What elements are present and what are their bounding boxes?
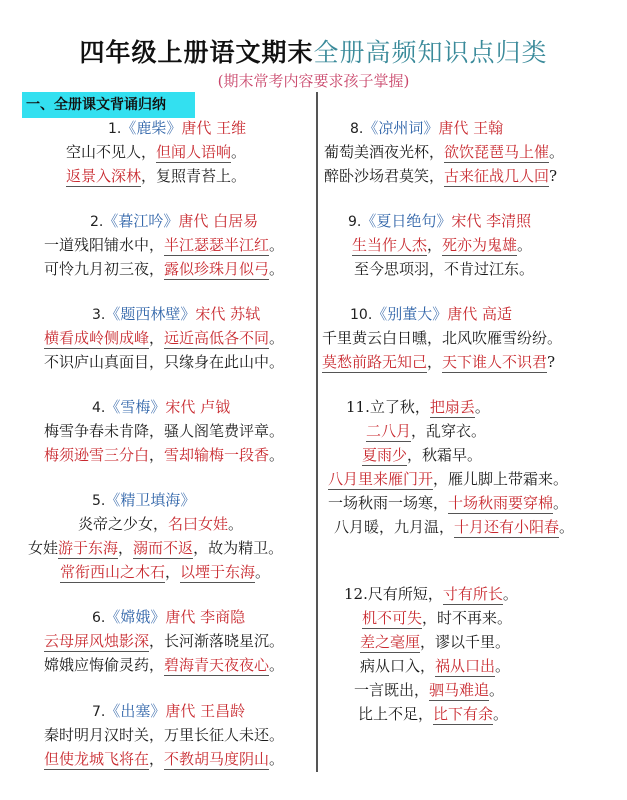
key-phrase-underlined: 溺而不返 [133, 539, 193, 559]
poem-title: 《嫦娥》 [105, 608, 165, 626]
poem-line: 差之毫厘，谬以千里。 [360, 632, 510, 652]
key-phrase-underlined: 半江瑟瑟半江红 [164, 236, 269, 256]
text: 。 [228, 515, 243, 533]
poem-line: 横看成岭侧成峰，远近高低各不同。 [44, 328, 284, 348]
poem-number: 10. [350, 307, 372, 323]
text: 病从口入， [360, 657, 435, 675]
text: 。 [549, 143, 564, 161]
poem-line: 不识庐山真面目，只缘身在此山中。 [44, 352, 284, 372]
text: ? [549, 167, 557, 185]
key-phrase-underlined: 碧海青天夜夜心 [164, 656, 269, 676]
poem-title: 《凉州词》 [363, 119, 438, 137]
poem-number: 4. [92, 400, 105, 416]
text: ，谬以千里。 [420, 633, 510, 651]
poem-line: 一言既出，驷马难追。 [354, 680, 504, 700]
poem-number: 3. [92, 307, 105, 323]
key-phrase-underlined: 远近高低各不同 [164, 329, 269, 349]
poem-line: 莫愁前路无知己，天下谁人不识君? [322, 352, 555, 372]
text: 。 [495, 657, 510, 675]
text: ，秋霜早。 [407, 446, 482, 464]
key-phrase-underlined: 古来征战几人回 [444, 167, 549, 187]
poem-author: 唐代 高适 [447, 305, 512, 323]
text: ，时不再来。 [422, 609, 512, 627]
poem-title: 《暮江吟》 [103, 212, 178, 230]
poem-author: 唐代 王维 [181, 119, 246, 137]
poem-heading: 10.《别董大》唐代 高适 [350, 304, 512, 325]
key-phrase-underlined: 驷马难追 [429, 681, 489, 701]
text: 。 [269, 260, 284, 278]
text: ， [149, 750, 164, 768]
poem-line: 千里黄云白日曛，北风吹雁雪纷纷。 [322, 328, 562, 348]
poem-line: 生当作人杰，死亦为鬼雄。 [352, 235, 532, 255]
text: 一言既出， [354, 681, 429, 699]
poem-line: 一场秋雨一场寒，十场秋雨要穿棉。 [328, 493, 568, 513]
text: 。 [255, 563, 270, 581]
text: 。 [493, 705, 508, 723]
text: 醉卧沙场君莫笑， [324, 167, 444, 185]
poem-line: 女娃游于东海，溺而不返，故为精卫。 [28, 538, 283, 558]
key-phrase-underlined: 把扇丢 [430, 398, 475, 418]
poem-number: 7. [92, 704, 105, 720]
poem-number: 2. [90, 214, 103, 230]
text: 。 [269, 656, 284, 674]
key-phrase-underlined: 八月里来雁门开 [328, 470, 433, 490]
text: 梅雪争春未肯降，骚人阁笔费评章。 [44, 422, 284, 440]
poem-line: 11.立了秋，把扇丢。 [346, 397, 490, 417]
poem-heading: 9.《夏日绝句》宋代 李清照 [348, 211, 531, 232]
poem-title: 《精卫填海》 [105, 491, 195, 509]
text: 炎帝之少女， [78, 515, 168, 533]
poem-author: 宋代 苏轼 [195, 305, 260, 323]
text: 。 [517, 236, 532, 254]
text: 。 [553, 494, 568, 512]
poem-line: 云母屏风烛影深，长河渐落晓星沉。 [44, 631, 284, 651]
text: 。 [475, 398, 490, 416]
key-phrase-underlined: 天下谁人不识君 [442, 353, 547, 373]
poem-title: 《题西林壁》 [105, 305, 195, 323]
text: 秦时明月汉时关，万里长征人未还。 [44, 726, 284, 744]
poem-line: 可怜九月初三夜，露似珍珠月似弓。 [44, 259, 284, 279]
text: 嫦娥应悔偷灵药， [44, 656, 164, 674]
poem-heading: 7.《出塞》唐代 王昌龄 [92, 701, 245, 722]
key-phrase: 梅须逊雪三分白 [44, 446, 149, 464]
subtitle: (期末常考内容要求孩子掌握) [0, 70, 627, 91]
text: ， [165, 563, 180, 581]
poem-line: 八月里来雁门开，雁儿脚上带霜来。 [328, 469, 568, 489]
poem-author: 唐代 李商隐 [165, 608, 245, 626]
text: 。 [269, 329, 284, 347]
poem-line: 醉卧沙场君莫笑，古来征战几人回? [324, 166, 557, 186]
poem-title: 《雪梅》 [105, 398, 165, 416]
title-teal: 全册高频知识点归类 [314, 38, 548, 67]
poem-line: 返景入深林，复照青苔上。 [66, 166, 246, 186]
poem-heading: 8.《凉州词》唐代 王翰 [350, 118, 503, 139]
key-phrase-underlined: 差之毫厘 [360, 633, 420, 653]
poem-line: 比上不足，比下有余。 [358, 704, 508, 724]
text: ， [118, 539, 133, 557]
text: ，雁儿脚上带霜来。 [433, 470, 568, 488]
poem-line: 八月暖，九月温，十月还有小阳春。 [334, 517, 574, 537]
text: ，长河渐落晓星沉。 [149, 632, 284, 650]
text: 八月暖，九月温， [334, 518, 454, 536]
poem-line: 葡萄美酒夜光杯，欲饮琵琶马上催。 [324, 142, 564, 162]
poem-line: 空山不见人，但闻人语响。 [66, 142, 246, 162]
text: 。 [559, 518, 574, 536]
poem-author: 唐代 白居易 [178, 212, 258, 230]
poem-line: 秦时明月汉时关，万里长征人未还。 [44, 725, 284, 745]
key-phrase-underlined: 莫愁前路无知己 [322, 353, 427, 373]
poem-title: 《夏日绝句》 [361, 212, 451, 230]
key-phrase-underlined: 但使龙城飞将在 [44, 750, 149, 770]
poem-line: 但使龙城飞将在，不教胡马度阴山。 [44, 749, 284, 769]
poem-line: 梅须逊雪三分白，雪却输梅一段香。 [44, 445, 284, 465]
poem-line: 12.尺有所短，寸有所长。 [344, 584, 518, 604]
text: ， [149, 329, 164, 347]
key-phrase-underlined: 生当作人杰 [352, 236, 427, 256]
poem-title: 《别董大》 [372, 305, 447, 323]
poem-heading: 3.《题西林壁》宋代 苏轼 [92, 304, 260, 325]
text: ，乱穿衣。 [411, 422, 486, 440]
title-black: 四年级上册语文期末 [79, 38, 313, 67]
poem-author: 宋代 卢钺 [165, 398, 230, 416]
poem-heading: 5.《精卫填海》 [92, 490, 195, 511]
poem-line: 二八月，乱穿衣。 [366, 421, 486, 441]
text: ，复照青苔上。 [141, 167, 246, 185]
key-phrase-underlined: 露似珍珠月似弓 [164, 260, 269, 280]
poem-number: 6. [92, 610, 105, 626]
poem-number: 8. [350, 121, 363, 137]
text: ，故为精卫。 [193, 539, 283, 557]
text: 千里黄云白日曛，北风吹雁雪纷纷。 [322, 329, 562, 347]
key-phrase-underlined: 寸有所长 [443, 585, 503, 605]
key-phrase-underlined: 十月还有小阳春 [454, 518, 559, 538]
poem-line: 常衔西山之木石，以堙于东海。 [60, 562, 270, 582]
text: 。 [489, 681, 504, 699]
text: 。 [269, 446, 284, 464]
poem-number: 5. [92, 493, 105, 509]
poem-heading: 6.《嫦娥》唐代 李商隐 [92, 607, 245, 628]
key-phrase-underlined: 夏雨少 [362, 446, 407, 466]
text: 。 [231, 143, 246, 161]
text: 至今思项羽，不肯过江东。 [354, 260, 534, 278]
text: 。 [503, 585, 518, 603]
poem-line: 病从口入，祸从口出。 [360, 656, 510, 676]
poem-heading: 1.《鹿柴》唐代 王维 [108, 118, 246, 139]
poem-number: 1. [108, 121, 121, 137]
text: ? [547, 353, 555, 371]
key-phrase-underlined: 二八月 [366, 422, 411, 442]
poem-heading: 4.《雪梅》宋代 卢钺 [92, 397, 230, 418]
key-phrase-underlined: 云母屏风烛影深 [44, 632, 149, 652]
text: 可怜九月初三夜， [44, 260, 164, 278]
poem-author: 唐代 王昌龄 [165, 702, 245, 720]
key-phrase-underlined: 死亦为鬼雄 [442, 236, 517, 256]
text: 空山不见人， [66, 143, 156, 161]
text: ， [427, 236, 442, 254]
key-phrase-underlined: 常衔西山之木石 [60, 563, 165, 583]
poem-line: 机不可失，时不再来。 [362, 608, 512, 628]
text: 不识庐山真面目，只缘身在此山中。 [44, 353, 284, 371]
text: 葡萄美酒夜光杯， [324, 143, 444, 161]
key-phrase-underlined: 十场秋雨要穿棉 [448, 494, 553, 514]
key-phrase-underlined: 祸从口出 [435, 657, 495, 677]
key-phrase-underlined: 横看成岭侧成峰 [44, 329, 149, 349]
text: 。 [269, 236, 284, 254]
text: 女娃 [28, 539, 58, 557]
key-phrase-underlined: 机不可失 [362, 609, 422, 629]
key-phrase-underlined: 返景入深林 [66, 167, 141, 187]
key-phrase: 名曰女娃 [168, 515, 228, 533]
poem-line: 梅雪争春未肯降，骚人阁笔费评章。 [44, 421, 284, 441]
page-title: 四年级上册语文期末全册高频知识点归类 [0, 33, 627, 69]
text: 一道残阳铺水中， [44, 236, 164, 254]
poem-author: 宋代 李清照 [451, 212, 531, 230]
text: 一场秋雨一场寒， [328, 494, 448, 512]
poem-line: 至今思项羽，不肯过江东。 [354, 259, 534, 279]
text: ， [149, 446, 164, 464]
section-label: 一、全册课文背诵归纳 [22, 92, 195, 118]
poem-title: 《出塞》 [105, 702, 165, 720]
key-phrase-underlined: 以堙于东海 [180, 563, 255, 583]
text: 比上不足， [358, 705, 433, 723]
poem-heading: 2.《暮江吟》唐代 白居易 [90, 211, 258, 232]
poem-line: 一道残阳铺水中，半江瑟瑟半江红。 [44, 235, 284, 255]
poem-number: 9. [348, 214, 361, 230]
poem-author: 唐代 王翰 [438, 119, 503, 137]
text: 12.尺有所短， [344, 585, 443, 603]
poem-title: 《鹿柴》 [121, 119, 181, 137]
poem-line: 嫦娥应悔偷灵药，碧海青天夜夜心。 [44, 655, 284, 675]
key-phrase-underlined: 但闻人语响 [156, 143, 231, 163]
column-divider [316, 92, 318, 772]
key-phrase: 雪却输梅一段香 [164, 446, 269, 464]
key-phrase-underlined: 游于东海 [58, 539, 118, 559]
text: 。 [269, 750, 284, 768]
key-phrase-underlined: 不教胡马度阴山 [164, 750, 269, 770]
key-phrase-underlined: 比下有余 [433, 705, 493, 725]
poem-line: 夏雨少，秋霜早。 [362, 445, 482, 465]
text: 11.立了秋， [346, 398, 430, 416]
text: ， [427, 353, 442, 371]
poem-line: 炎帝之少女，名曰女娃。 [78, 514, 243, 534]
key-phrase-underlined: 欲饮琵琶马上催 [444, 143, 549, 163]
